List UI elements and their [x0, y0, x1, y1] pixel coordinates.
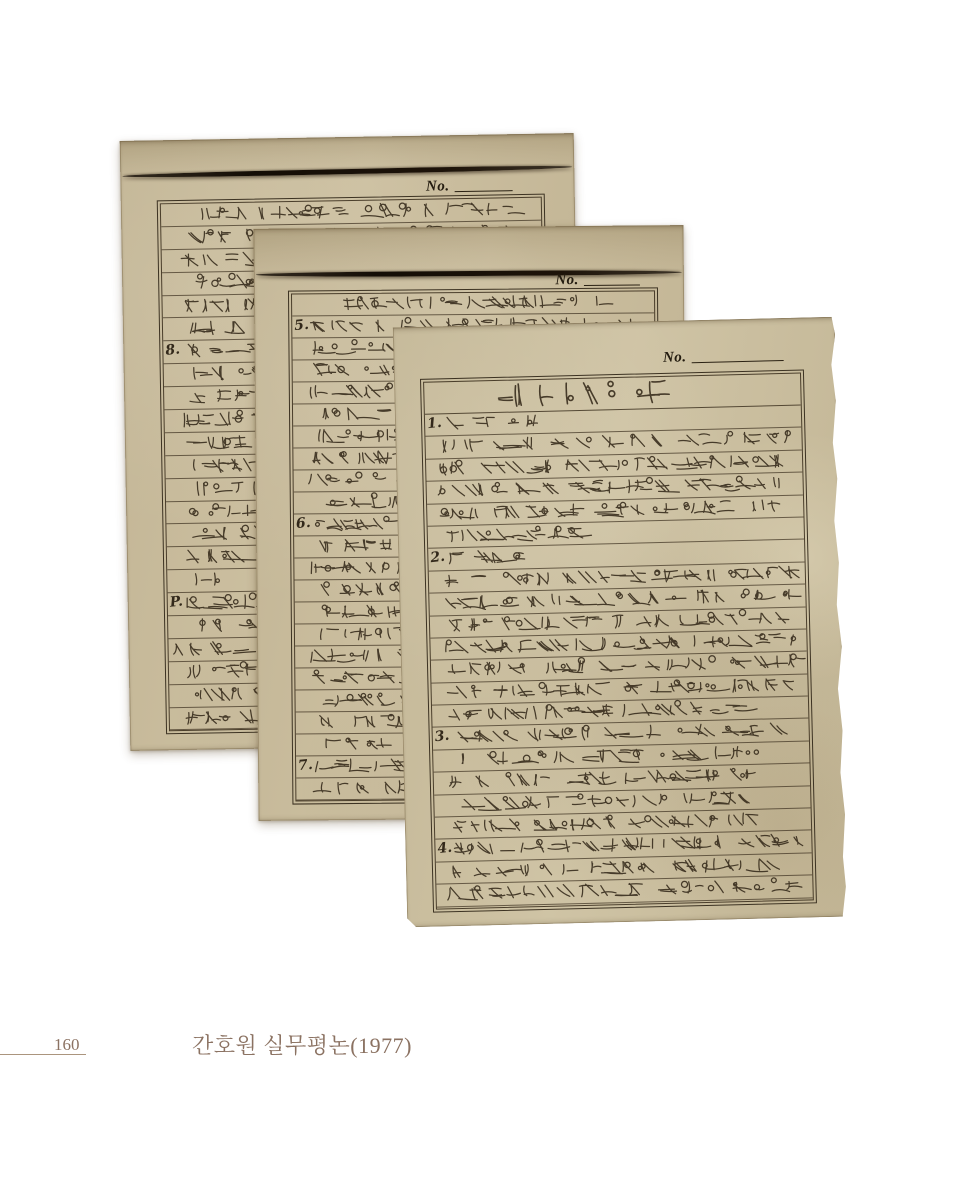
ink-scribble: [441, 413, 546, 433]
ink-scribble: [435, 524, 578, 544]
page-number: 160: [54, 1035, 80, 1055]
no-field: No.: [555, 273, 640, 289]
scanned-book-page: No. 8.P. No. 5.6.7. No. 1.2.3.4. 160 간호원…: [0, 0, 959, 1200]
no-blank-line: [455, 190, 513, 192]
section-number: 5.: [294, 318, 310, 333]
fold-flap: [253, 225, 683, 275]
no-blank-line: [692, 360, 784, 363]
figure-caption: 간호원 실무평논(1977): [192, 1029, 412, 1060]
section-number: 8.: [165, 343, 181, 358]
no-label: No.: [426, 179, 450, 194]
no-blank-line: [584, 285, 640, 286]
no-field: No.: [426, 178, 513, 195]
ruled-frame: 1.2.3.4.: [420, 369, 817, 912]
no-label: No.: [663, 350, 687, 366]
no-label: No.: [555, 273, 579, 288]
section-number: P.: [169, 595, 183, 610]
handwriting-line: [292, 291, 654, 316]
ink-scribble: [335, 293, 617, 312]
manuscript-page-front: No. 1.2.3.4.: [393, 317, 850, 928]
handwriting-area: 1.2.3.4.: [423, 373, 814, 910]
section-number: 6.: [295, 516, 311, 531]
ink-scribble: [190, 570, 228, 589]
ink-scribble: [488, 378, 658, 409]
no-field: No.: [663, 348, 784, 366]
ink-scribble: [199, 199, 515, 223]
section-number: 7.: [297, 758, 313, 773]
ink-scribble: [444, 547, 534, 566]
